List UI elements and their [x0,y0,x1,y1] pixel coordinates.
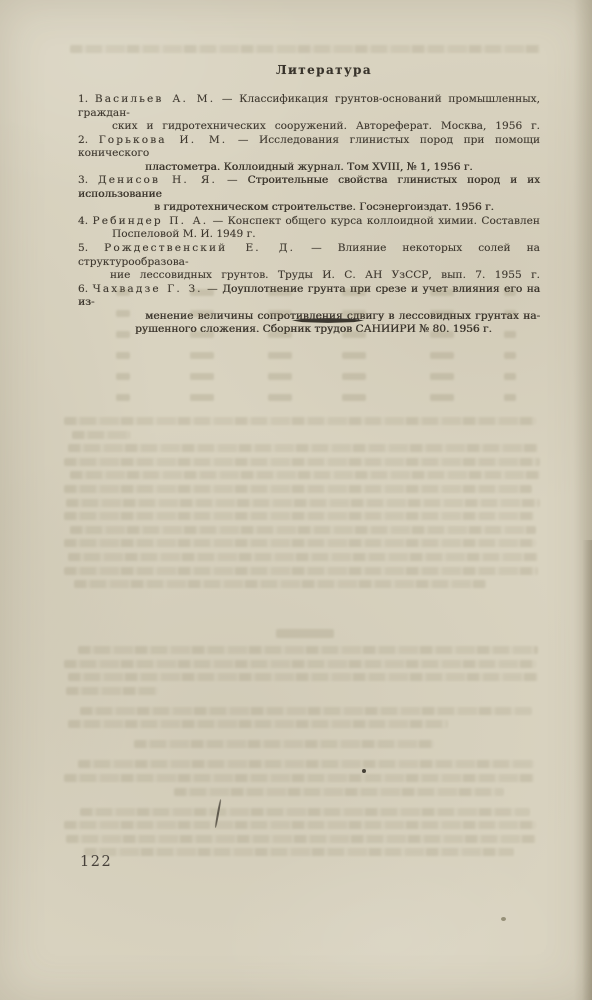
section-title: Литература [0,63,592,77]
reference-number: 1. [78,93,88,105]
paper-speck [143,330,146,333]
bleedthrough-paragraphs-upper [64,417,542,594]
reference-number: 2. [78,134,88,146]
bleedthrough-heading [276,629,334,638]
ink-spot [362,769,366,773]
bleedthrough-table [80,283,530,409]
reference-title: Конспект общего курса коллоидной химии. … [228,215,540,227]
paper-speck [501,917,506,921]
reference-author: Ребиндер П. А. [93,215,209,227]
reference-author: Горькова И. М. [99,134,228,146]
reference-5-line-1: 5. Рождественский Е. Д. — Влияние некото… [78,242,540,269]
page-number: 122 [80,854,112,870]
reference-number: 3. [78,174,88,186]
dash: — [213,215,224,227]
scanned-book-page: Литература 1. Васильев А. М. — Классифик… [0,0,592,1000]
reference-author: Васильев А. М. [95,93,215,105]
reference-4-line-2: Поспеловой М. И. 1949 г. [78,228,540,242]
reference-number: 4. [78,215,88,227]
reference-author: Денисов Н. Я. [98,174,217,186]
reference-number: 5. [78,242,88,254]
page-edge-shadow [582,540,592,1000]
reference-author: Рождественский Е. Д. [104,242,295,254]
dash: — [238,134,249,146]
reference-3-line-2: в гидротехническом строительстве. Госэне… [78,201,540,215]
reference-3-line-1: 3. Денисов Н. Я. — Строительные свойства… [78,174,540,201]
reference-2-line-1: 2. Горькова И. М. — Исследования глинист… [78,134,540,161]
bleedthrough-line [70,45,540,53]
dash: — [311,242,322,254]
dash: — [222,93,233,105]
reference-2-line-2: пластометра. Коллоидный журнал. Том XVII… [78,161,540,175]
dash: — [227,174,238,186]
reference-4-line-1: 4. Ребиндер П. А. — Конспект общего курс… [78,215,540,229]
reference-1-line-2: ских и гидротехнических сооружений. Авто… [78,120,540,134]
bleedthrough-paragraphs-lower [64,646,542,862]
reference-5-line-2: ние лессовидных грунтов. Труды И. С. АН … [78,269,540,283]
reference-1-line-1: 1. Васильев А. М. — Классификация грунто… [78,93,540,120]
